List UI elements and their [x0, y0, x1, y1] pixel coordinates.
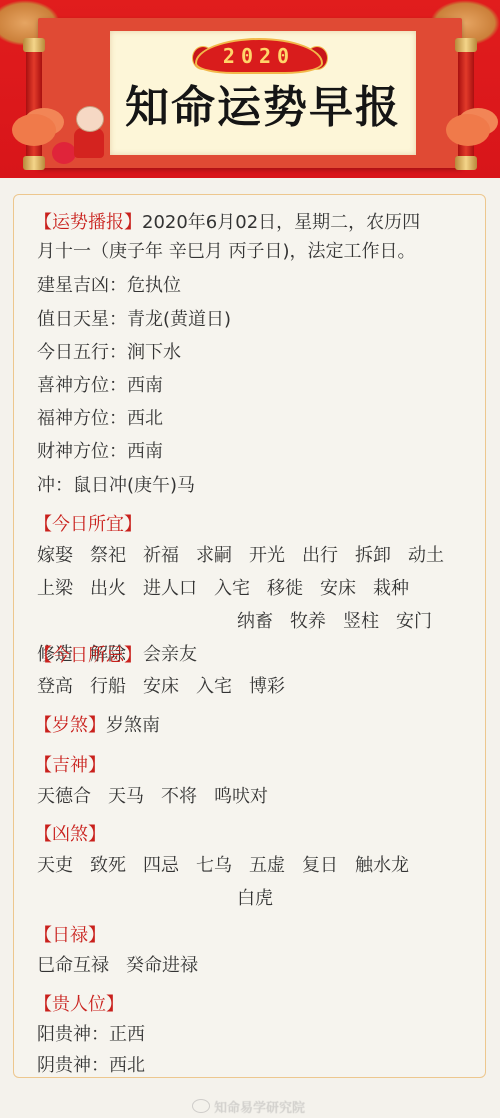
list-item: 会亲友	[143, 644, 197, 666]
jishen-list: 天德合 天马 不将 鸣吠对	[37, 786, 467, 808]
list-item: 行船	[90, 676, 126, 698]
list-item: 祈福	[143, 545, 179, 567]
list-item: 天马	[108, 786, 144, 808]
list-item: 进人口	[143, 578, 197, 600]
section-suisha: 【岁煞】岁煞南	[34, 715, 160, 737]
list-item: 安门	[396, 611, 432, 633]
info-row-jianxing: 建星吉凶：危执位	[37, 275, 181, 297]
list-item: 不将	[161, 786, 197, 808]
guiren-row-yang: 阳贵神：正西	[37, 1024, 145, 1046]
list-item: 上梁	[37, 578, 73, 600]
broadcast-line-2: 月十一（庚子年 辛巳月 丙子日)，法定工作日。	[37, 241, 415, 263]
list-item: 天德合	[37, 786, 91, 808]
broadcast-text-1: 2020年6月02日，星期二，农历四	[142, 212, 420, 233]
list-item: 天吏	[37, 855, 73, 877]
suisha-value: 岁煞南	[106, 715, 160, 736]
list-item: 出行	[302, 545, 338, 567]
list-item: 巳命互禄	[37, 955, 109, 977]
list-item: 出火	[90, 578, 126, 600]
list-item: 登高	[37, 676, 73, 698]
info-row-tianxing: 值日天星：青龙(黄道日)	[37, 309, 231, 331]
info-row-caishen: 财神方位：西南	[37, 441, 163, 463]
list-item: 祭祀	[90, 545, 126, 567]
ji-list: 登高 行船 安床 入宅 博彩	[37, 676, 467, 698]
broadcast-label: 【运势播报】	[34, 212, 142, 233]
rod-cap-icon	[455, 38, 477, 52]
cloud-icon	[446, 114, 490, 146]
rod-cap-icon	[23, 156, 45, 170]
list-item: 安床	[143, 676, 179, 698]
list-item: 求嗣	[196, 545, 232, 567]
list-item: 安床	[320, 578, 356, 600]
rat-mascot-icon	[52, 100, 110, 164]
rod-cap-icon	[455, 156, 477, 170]
list-item: 复日	[302, 855, 338, 877]
list-item: 入宅	[214, 578, 250, 600]
list-item: 五虚	[249, 855, 285, 877]
list-item: 博彩	[249, 676, 285, 698]
watermark: 知命易学研究院	[192, 1097, 305, 1116]
xiongsha-list: 天吏 致死 四忌 七乌 五虚 复日 触水龙 白虎	[37, 855, 467, 910]
section-title-suisha: 【岁煞】	[34, 715, 106, 736]
list-item: 移徙	[267, 578, 303, 600]
section-title-jishen: 【吉神】	[34, 755, 106, 777]
list-item: 入宅	[196, 676, 232, 698]
section-title-rilu: 【日禄】	[34, 925, 106, 947]
scroll-rod-left	[26, 40, 42, 168]
list-item: 致死	[90, 855, 126, 877]
list-item: 竖柱	[343, 611, 379, 633]
section-title-ji: 【今日所忌】	[34, 645, 142, 667]
lucky-bag-icon	[52, 142, 76, 164]
list-item: 癸命进禄	[126, 955, 198, 977]
header-banner: 2020 知命运势早报	[0, 0, 500, 178]
watermark-text: 知命易学研究院	[214, 1101, 305, 1116]
guiren-row-yin: 阴贵神：西北	[37, 1055, 145, 1077]
rilu-list: 巳命互禄 癸命进禄	[37, 955, 467, 977]
list-item: 触水龙	[355, 855, 409, 877]
list-item: 鸣吠对	[214, 786, 268, 808]
list-item: 纳畜	[237, 611, 273, 633]
section-title-yi: 【今日所宜】	[34, 514, 142, 536]
rod-cap-icon	[23, 38, 45, 52]
list-item: 牧养	[290, 611, 326, 633]
list-item: 七乌	[196, 855, 232, 877]
info-row-chong: 冲：鼠日冲(庚午)马	[37, 475, 195, 497]
cloud-icon	[12, 114, 56, 146]
info-row-fushen: 福神方位：西北	[37, 408, 163, 430]
list-item: 动土	[408, 545, 444, 567]
info-row-xishen: 喜神方位：西南	[37, 375, 163, 397]
section-title-guiren: 【贵人位】	[34, 994, 124, 1016]
broadcast-line-1: 【运势播报】2020年6月02日，星期二，农历四	[34, 212, 420, 234]
list-item: 拆卸	[355, 545, 391, 567]
list-item: 嫁娶	[37, 545, 73, 567]
banner-title: 知命运势早报	[112, 82, 414, 134]
section-title-xiongsha: 【凶煞】	[34, 824, 106, 846]
list-item: 白虎	[237, 888, 273, 910]
list-item: 开光	[249, 545, 285, 567]
weibo-icon	[192, 1099, 210, 1113]
scroll-rod-right	[458, 40, 474, 168]
list-item: 栽种	[373, 578, 409, 600]
info-row-wuxing: 今日五行：涧下水	[37, 342, 181, 364]
list-item: 四忌	[143, 855, 179, 877]
